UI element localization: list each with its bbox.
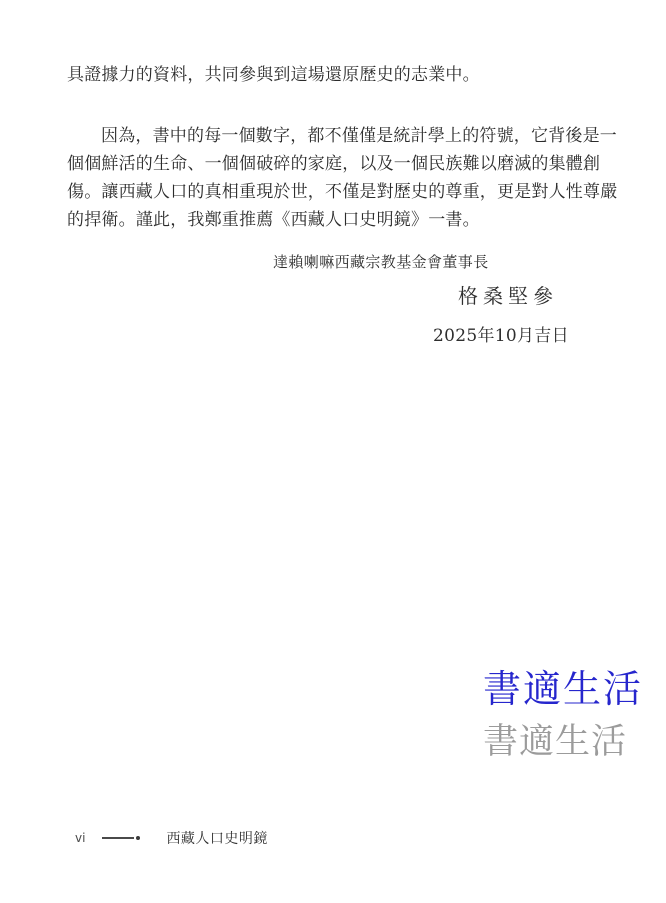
paragraph-gap	[67, 89, 607, 122]
page-number: vi	[75, 831, 85, 845]
paragraph-2-line-2: 個個鮮活的生命、一個個破碎的家庭，以及一個民族難以磨滅的集體創	[67, 150, 607, 178]
footer-bullet-dot-icon	[136, 836, 140, 840]
footer-rule-line	[102, 837, 134, 839]
watermark-secondary: 書適生活	[483, 722, 627, 762]
paragraph-1-line: 具證據力的資料，共同參與到這場還原歷史的志業中。	[67, 61, 607, 89]
paragraph-2-line-1: 因為，書中的每一個數字，都不僅僅是統計學上的符號，它背後是一	[67, 122, 607, 150]
body-text-block: 具證據力的資料，共同參與到這場還原歷史的志業中。 因為，書中的每一個數字，都不僅…	[67, 61, 607, 234]
signature-date: 2025年10月吉日	[433, 325, 569, 348]
paragraph-2-line-3: 傷。讓西藏人口的真相重現於世，不僅是對歷史的尊重，更是對人性尊嚴	[67, 178, 607, 206]
signature-affiliation: 達賴喇嘛西藏宗教基金會董事長	[273, 252, 489, 273]
signature-name: 格桑堅參	[458, 283, 558, 310]
page-footer: vi 西藏人口史明鏡	[75, 828, 268, 848]
book-page: 具證據力的資料，共同參與到這場還原歷史的志業中。 因為，書中的每一個數字，都不僅…	[0, 0, 666, 903]
watermark-primary: 書適生活	[483, 667, 643, 711]
footer-book-title: 西藏人口史明鏡	[166, 828, 268, 848]
paragraph-2-line-4: 的捍衛。謹此，我鄭重推薦《西藏人口史明鏡》一書。	[67, 206, 607, 234]
